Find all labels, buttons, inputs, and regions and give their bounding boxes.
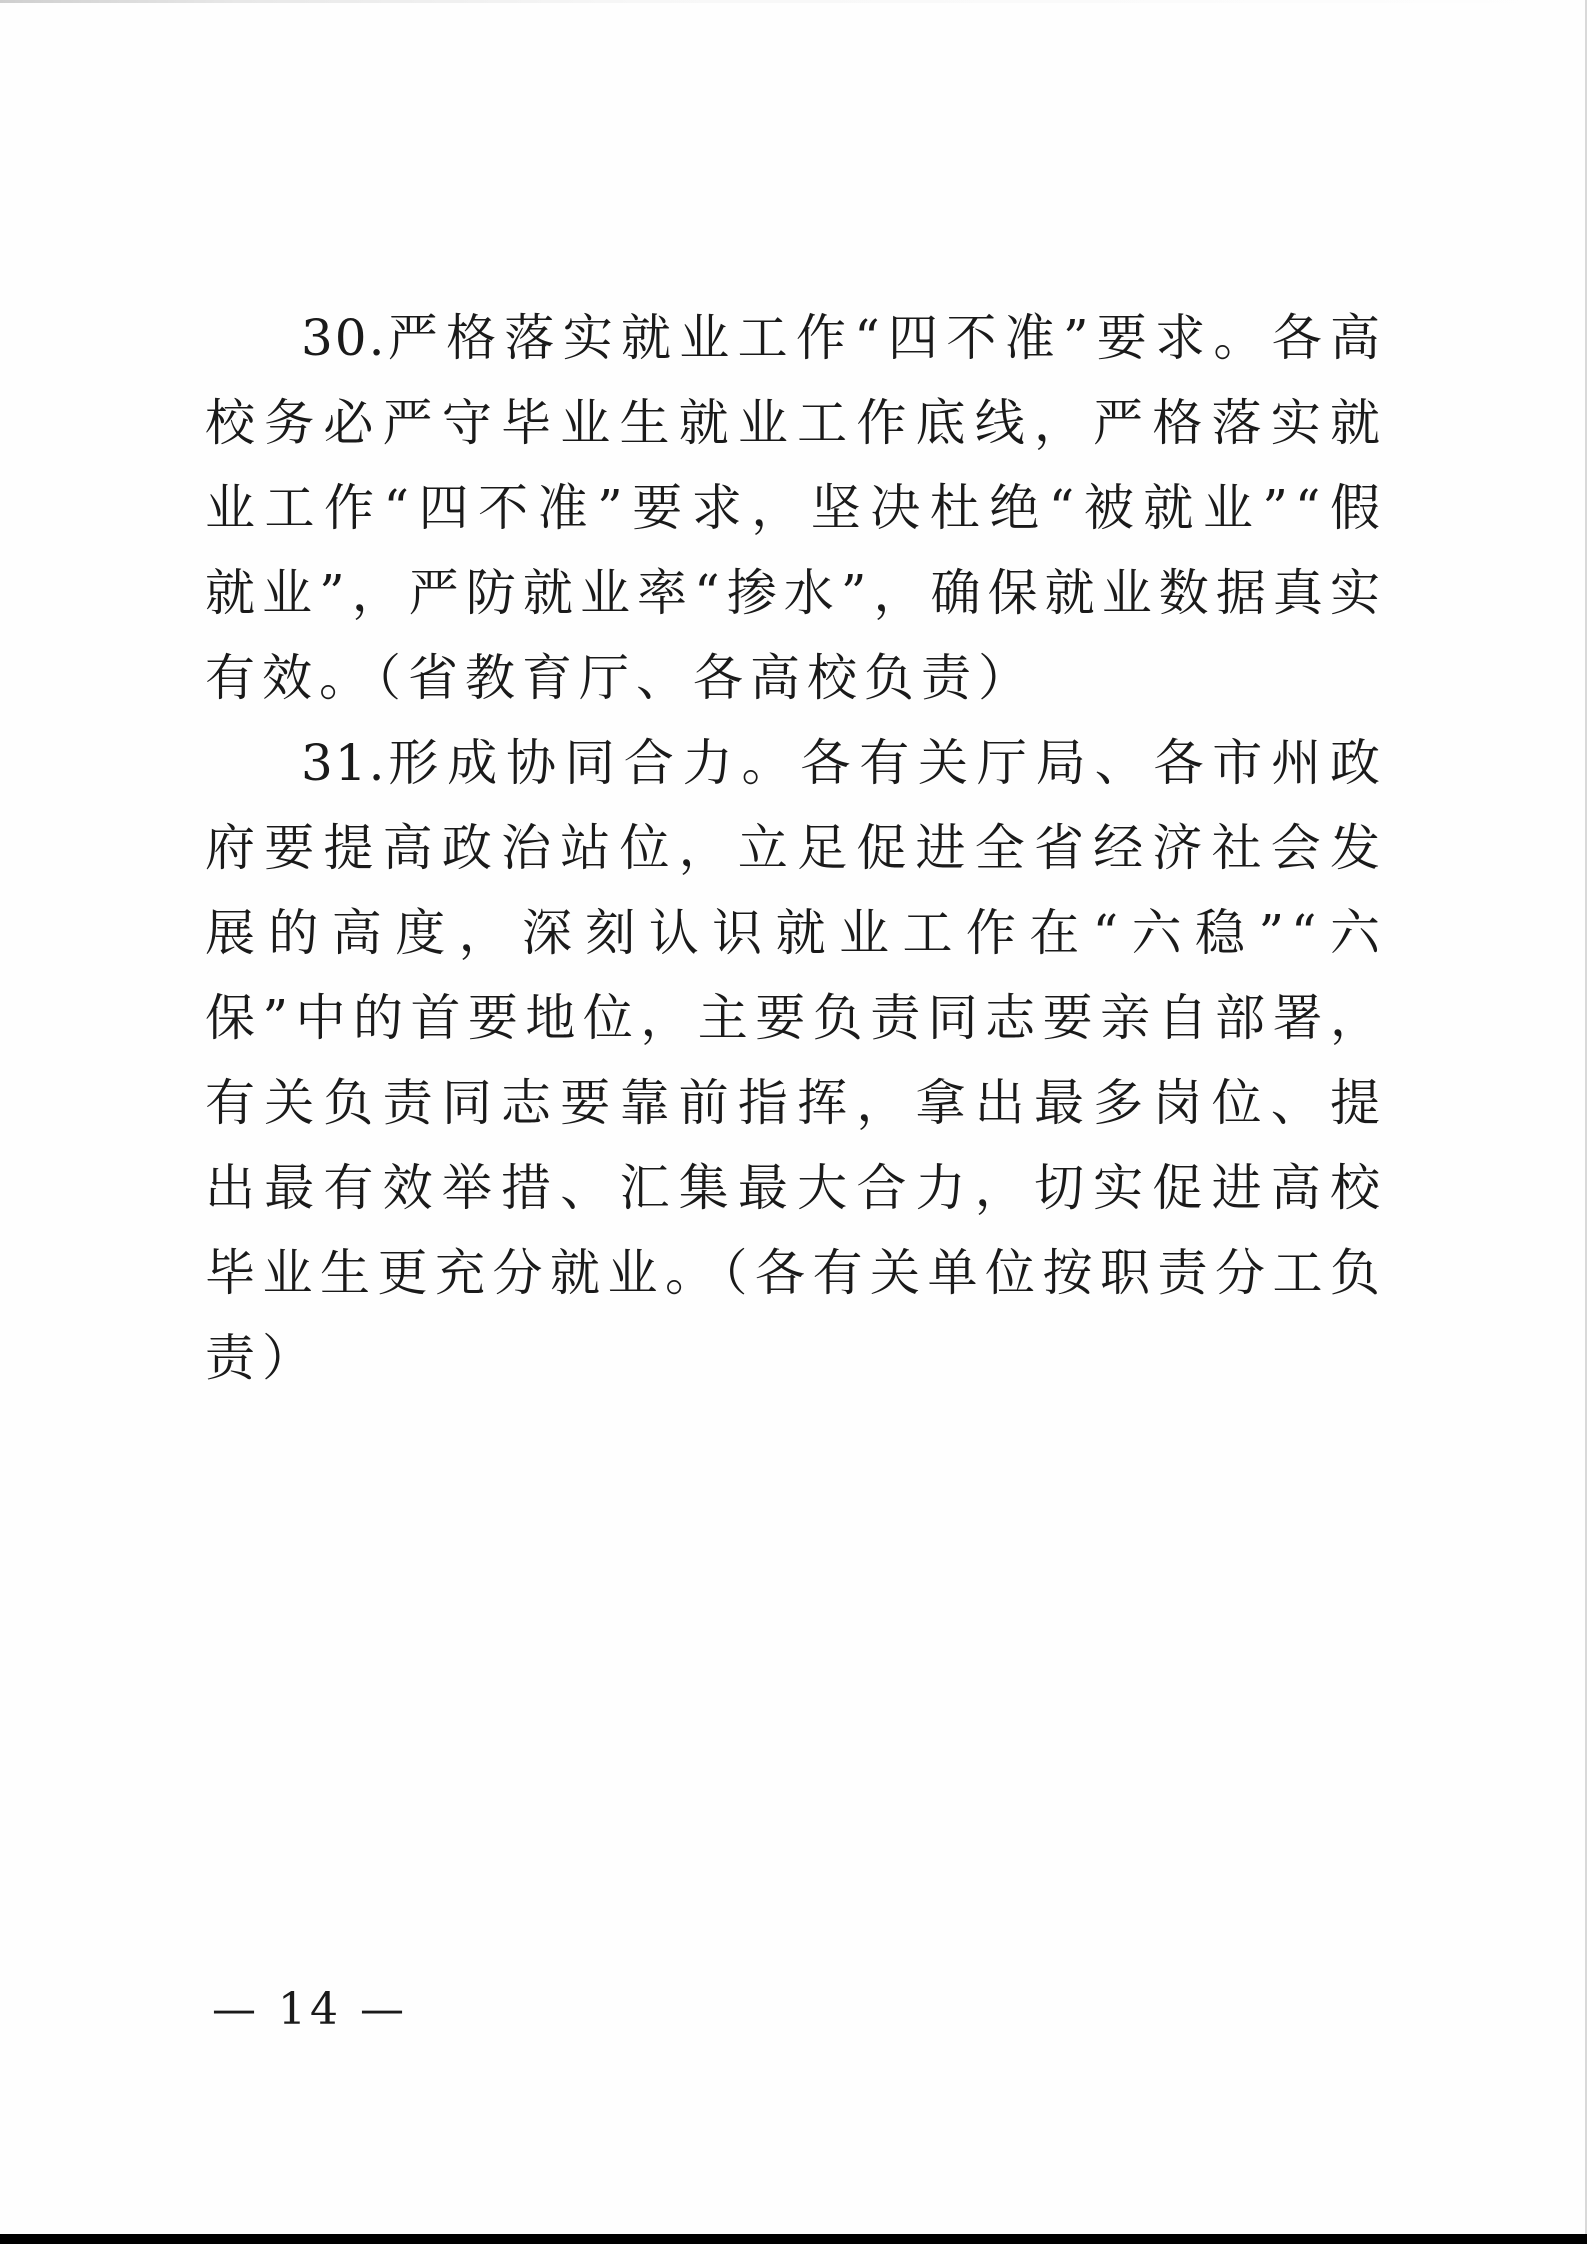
paragraph-30: 30.严格落实就业工作“四不准”要求。各高校务必严守毕业生就业工作底线，严格落实… <box>205 296 1387 721</box>
document-body: 30.严格落实就业工作“四不准”要求。各高校务必严守毕业生就业工作底线，严格落实… <box>205 296 1387 1401</box>
paragraph-number: 30. <box>301 309 387 367</box>
paragraph-body: 各有关厅局、各市州政府要提高政治站位，立足促进全省经济社会发展的高度，深刻认识就… <box>205 734 1387 1387</box>
paragraph-heading: 严格落实就业工作“四不准”要求。 <box>387 309 1272 367</box>
paragraph-body: 各高校务必严守毕业生就业工作底线，严格落实就业工作“四不准”要求，坚决杜绝“被就… <box>205 309 1387 707</box>
paragraph-heading: 形成协同合力。 <box>387 734 801 792</box>
scan-top-edge <box>0 0 1587 3</box>
paragraph-31: 31.形成协同合力。各有关厅局、各市州政府要提高政治站位，立足促进全省经济社会发… <box>205 721 1387 1401</box>
paragraph-number: 31. <box>301 734 387 792</box>
page-number: — 14 — <box>212 1980 408 2040</box>
scan-bottom-border <box>0 2234 1587 2244</box>
document-page: 30.严格落实就业工作“四不准”要求。各高校务必严守毕业生就业工作底线，严格落实… <box>0 0 1587 2234</box>
